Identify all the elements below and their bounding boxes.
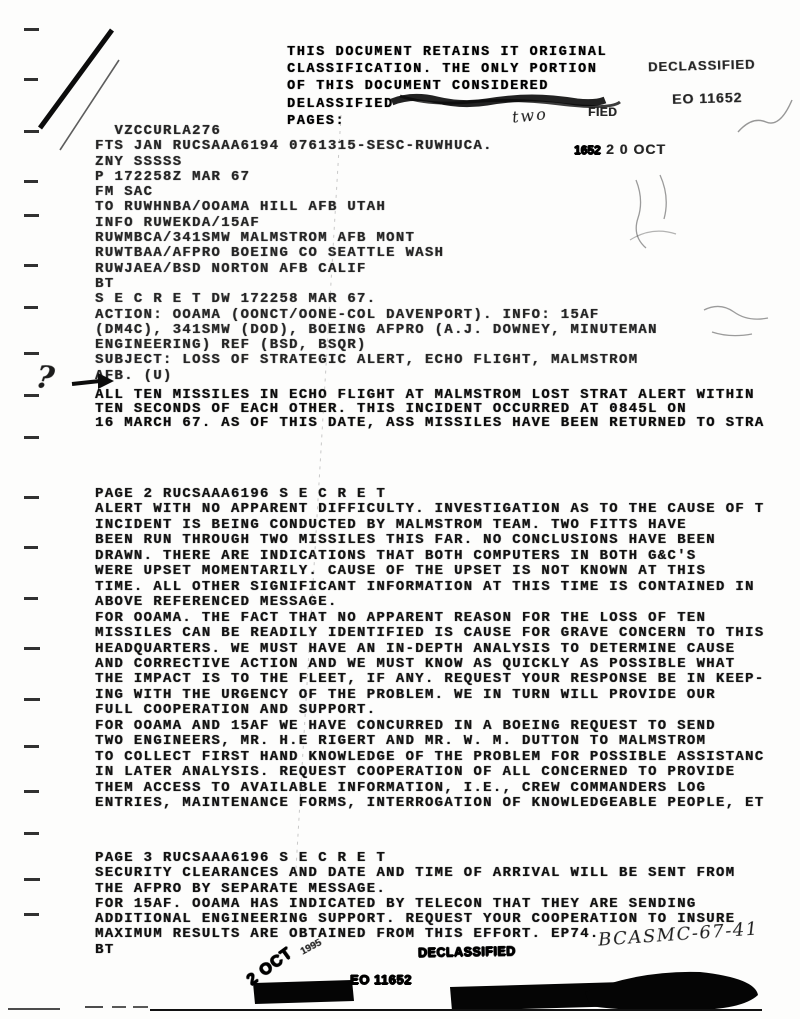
telex-line: HEADQUARTERS. WE MUST HAVE AN IN-DEPTH A… bbox=[95, 642, 764, 657]
margin-tick-mark bbox=[24, 878, 40, 881]
telex-line: IN LATER ANALYSIS. REQUEST COOPERATION O… bbox=[95, 765, 764, 780]
stamp-fragment-fied: FIED bbox=[588, 105, 617, 119]
margin-tick-mark bbox=[24, 496, 39, 499]
telex-line: MISSILES CAN BE READILY IDENTIFIED IS CA… bbox=[95, 626, 764, 641]
telex-line: THE IMPACT IS TO THE FLEET, IF ANY. REQU… bbox=[95, 672, 764, 687]
telex-line: ALERT WITH NO APPARENT DIFFICULTY. INVES… bbox=[95, 502, 764, 517]
telex-line: PAGE 3 RUCSAAA6196 S E C R E T bbox=[95, 851, 735, 866]
scanned-telex-document: THIS DOCUMENT RETAINS IT ORIGINALCLASSIF… bbox=[0, 0, 800, 1019]
telex-line: ABOVE REFERENCED MESSAGE. bbox=[95, 595, 764, 610]
telex-line: BEEN RUN THROUGH TWO MISSILES THIS FAR. … bbox=[95, 533, 764, 548]
margin-tick-mark bbox=[24, 832, 39, 835]
margin-tick-mark bbox=[24, 214, 39, 217]
telex-line: S E C R E T DW 172258 MAR 67. bbox=[95, 292, 658, 307]
margin-tick-mark bbox=[24, 78, 38, 81]
margin-tick-mark bbox=[24, 745, 39, 748]
margin-tick-mark bbox=[24, 264, 38, 267]
margin-tick-mark bbox=[24, 352, 39, 355]
telex-line: THEM ACCESS TO AVAILABLE INFORMATION, I.… bbox=[95, 781, 764, 796]
redaction-bar-center bbox=[450, 981, 662, 1011]
telex-line: 16 MARCH 67. AS OF THIS DATE, ASS MISSIL… bbox=[95, 416, 764, 430]
margin-tick-mark bbox=[24, 647, 40, 650]
telex-line: RUWTBAA/AFPRO BOEING CO SEATTLE WASH bbox=[95, 246, 658, 261]
telex-line: FOR OOAMA AND 15AF WE HAVE CONCURRED IN … bbox=[95, 719, 764, 734]
telex-body-paragraph-1: ALL TEN MISSILES IN ECHO FLIGHT AT MALMS… bbox=[95, 388, 764, 431]
margin-tick-mark bbox=[24, 28, 39, 31]
telex-line: WERE UPSET MOMENTARILY. CAUSE OF THE UPS… bbox=[95, 564, 764, 579]
margin-tick-mark bbox=[24, 546, 38, 549]
margin-tick-mark bbox=[24, 436, 39, 439]
margin-tick-mark bbox=[24, 597, 38, 600]
classification-notice: THIS DOCUMENT RETAINS IT ORIGINALCLASSIF… bbox=[287, 44, 607, 130]
telex-line: P 172258Z MAR 67 bbox=[95, 170, 658, 185]
telex-line: ENTRIES, MAINTENANCE FORMS, INTERROGATIO… bbox=[95, 796, 764, 811]
telex-line: SUBJECT: LOSS OF STRATEGIC ALERT, ECHO F… bbox=[95, 353, 658, 368]
telex-line: FULL COOPERATION AND SUPPORT. bbox=[95, 703, 764, 718]
telex-line: SECURITY CLEARANCES AND DATE AND TIME OF… bbox=[95, 866, 735, 881]
handwritten-two: two bbox=[511, 104, 549, 127]
margin-tick-mark bbox=[24, 306, 38, 309]
telex-line: THE AFPRO BY SEPARATE MESSAGE. bbox=[95, 882, 735, 897]
telex-body-page-2: PAGE 2 RUCSAAA6196 S E C R E TALERT WITH… bbox=[95, 487, 764, 812]
notice-line: OF THIS DOCUMENT CONSIDERED bbox=[287, 78, 607, 95]
telex-line: (DM4C), 341SMW (DOD), BOEING AFPRO (A.J.… bbox=[95, 323, 658, 338]
telex-line: AFB. (U) bbox=[95, 369, 658, 384]
telex-line: INFO RUWEKDA/15AF bbox=[95, 216, 658, 231]
notice-line: DELASSIFIED bbox=[287, 96, 607, 113]
telex-line: RUWJAEA/BSD NORTON AFB CALIF bbox=[95, 262, 658, 277]
telex-line: TIME. ALL OTHER SIGNIFICANT INFORMATION … bbox=[95, 580, 764, 595]
margin-tick-mark bbox=[24, 698, 40, 701]
handwritten-question-mark: ? bbox=[34, 359, 56, 397]
telex-line: TO COLLECT FIRST HAND KNOWLEDGE OF THE P… bbox=[95, 750, 764, 765]
telex-line: FOR 15AF. OOAMA HAS INDICATED BY TELECON… bbox=[95, 897, 735, 912]
diagonal-slash-mark-thick bbox=[40, 30, 112, 128]
redaction-blob-right bbox=[585, 972, 758, 1011]
margin-tick-mark bbox=[24, 913, 39, 916]
pencil-squiggle-3 bbox=[704, 306, 768, 335]
stamp-fragment-eo: 1652 bbox=[574, 143, 601, 157]
date-stamp-top: 2 0 OCT bbox=[606, 141, 666, 157]
telex-line: VZCCURLA276 bbox=[95, 124, 658, 139]
telex-line: ACTION: OOAMA (OONCT/OONE-COL DAVENPORT)… bbox=[95, 308, 658, 323]
eo-11652-stamp-bottom: EO 11652 bbox=[350, 972, 412, 987]
redaction-bar-left bbox=[253, 980, 354, 1004]
notice-line: CLASSIFICATION. THE ONLY PORTION bbox=[287, 61, 607, 78]
declassified-stamp-bottom: DECLASSIFIED bbox=[418, 944, 516, 960]
pencil-squiggle-1 bbox=[738, 100, 792, 132]
declassified-stamp-top: DECLASSIFIED bbox=[648, 57, 756, 75]
telex-line: TWO ENGINEERS, MR. H.E RIGERT AND MR. W.… bbox=[95, 734, 764, 749]
telex-line: BT bbox=[95, 277, 658, 292]
notice-line: THIS DOCUMENT RETAINS IT ORIGINAL bbox=[287, 44, 607, 61]
telex-line: FOR OOAMA. THE FACT THAT NO APPARENT REA… bbox=[95, 611, 764, 626]
eo-11652-stamp-top: EO 11652 bbox=[672, 89, 743, 107]
telex-routing-header: VZCCURLA276FTS JAN RUCSAAA6194 0761315-S… bbox=[95, 124, 658, 384]
margin-tick-mark bbox=[24, 790, 39, 793]
telex-line: DRAWN. THERE ARE INDICATIONS THAT BOTH C… bbox=[95, 549, 764, 564]
margin-tick-mark bbox=[24, 130, 39, 133]
margin-tick-mark bbox=[24, 180, 38, 183]
telex-line: TO RUWHNBA/OOAMA HILL AFB UTAH bbox=[95, 200, 658, 215]
